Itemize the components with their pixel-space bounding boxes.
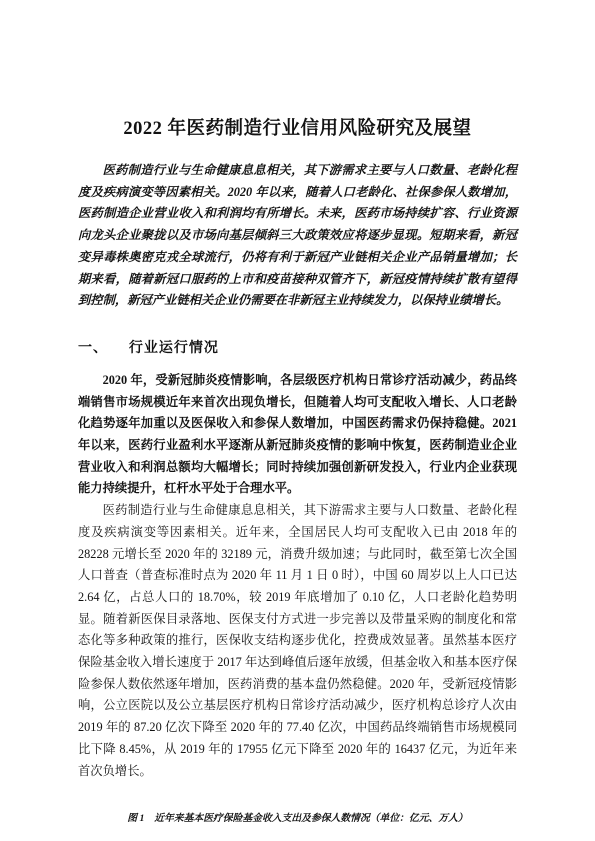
page-title: 2022 年医药制造行业信用风险研究及展望: [78, 118, 517, 140]
document-page: 2022 年医药制造行业信用风险研究及展望 医药制造行业与生命健康息息相关，其下…: [0, 0, 595, 841]
abstract-paragraph: 医药制造行业与生命健康息息相关，其下游需求主要与人口数量、老龄化程度及疾病演变等…: [78, 160, 517, 312]
page-content: 2022 年医药制造行业信用风险研究及展望 医药制造行业与生命健康息息相关，其下…: [78, 0, 517, 825]
body-paragraph-regular: 医药制造行业与生命健康息息相关，其下游需求主要与人口数量、老龄化程度及疾病演变等…: [78, 500, 517, 782]
section-title: 行业运行情况: [129, 338, 219, 356]
figure-caption: 图 1 近年来基本医疗保险基金收入支出及参保人数情况（单位：亿元、万人）: [78, 812, 517, 825]
section-heading: 一、 行业运行情况: [78, 338, 517, 356]
body-paragraph-bold: 2020 年，受新冠肺炎疫情影响，各层级医疗机构日常诊疗活动减少，药品终端销售市…: [78, 370, 517, 500]
section-number: 一、: [78, 338, 108, 356]
